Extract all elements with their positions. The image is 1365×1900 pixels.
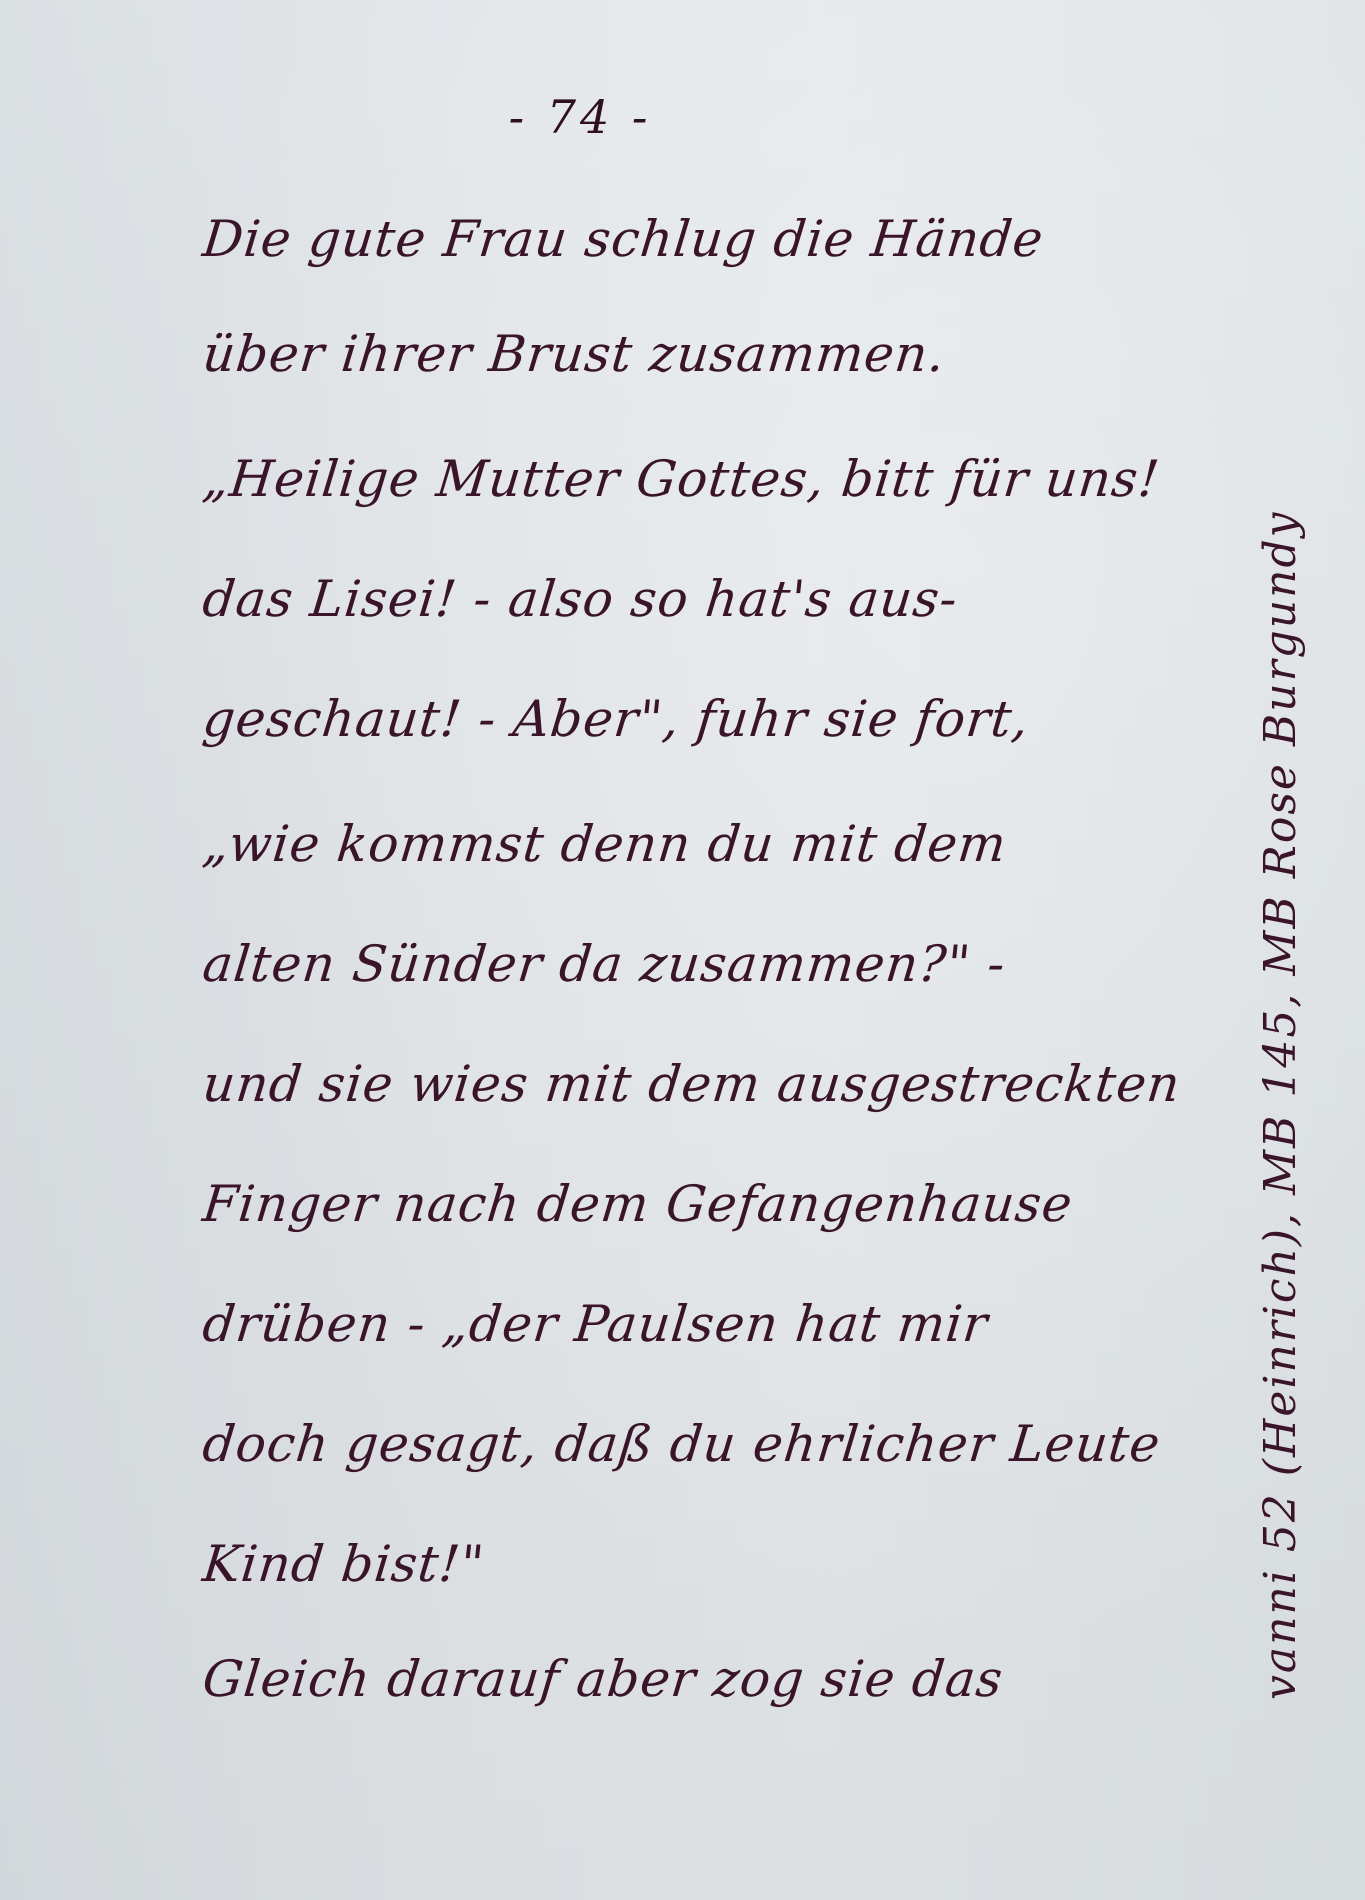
text-line-5: geschaut! - Aber", fuhr sie fort,: [200, 690, 1032, 748]
text-line-13: Gleich darauf aber zog sie das: [200, 1650, 1006, 1708]
text-line-3: „Heilige Mutter Gottes, bitt für uns!: [200, 450, 1163, 508]
text-line-9: Finger nach dem Gefangenhause: [200, 1175, 1076, 1233]
text-line-6: „wie kommst denn du mit dem: [200, 815, 1010, 873]
text-line-2: über ihrer Brust zusammen.: [200, 325, 948, 383]
page-number: - 74 -: [490, 90, 670, 144]
paper-sheet: - 74 - Die gute Frau schlug die Hände üb…: [0, 0, 1365, 1900]
text-line-12: Kind bist!": [200, 1535, 487, 1593]
text-line-4: das Lisei! - also so hat's aus-: [200, 570, 961, 628]
text-line-10: drüben - „der Paulsen hat mir: [200, 1295, 991, 1353]
text-line-7: alten Sünder da zusammen?" -: [200, 935, 1009, 993]
vertical-margin-note: vanni 52 (Heinrich), MB 145, MB Rose Bur…: [1255, 510, 1306, 1700]
text-line-1: Die gute Frau schlug die Hände: [200, 210, 1047, 268]
text-line-8: und sie wies mit dem ausgestreckten: [200, 1055, 1183, 1113]
text-line-11: doch gesagt, daß du ehrlicher Leute: [200, 1415, 1163, 1473]
